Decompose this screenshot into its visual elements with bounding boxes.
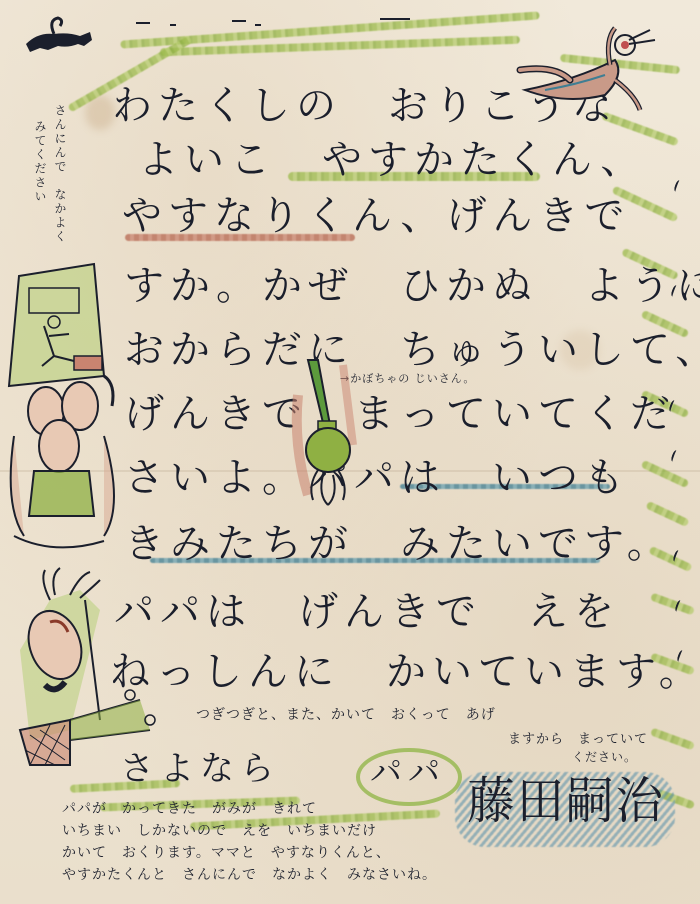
green-crayon-stroke [650,728,695,751]
letter-line: げんきで まっていてくだ [124,394,676,434]
postscript-line: パパが かってきた がみが きれて [62,798,437,820]
bird-icon [515,20,665,115]
signoff-papa: パパ [370,756,446,788]
postscript-line: かいて おくります。ママと やすなりくんと、 [62,842,437,864]
letter-line: おからだに ちゅういして、 [124,330,700,370]
pumpkin-old-man-illustration [298,355,368,515]
green-crayon-stroke [641,460,690,488]
letter-line: きみたちが みたいです。 [124,524,673,564]
note-line: ますから まっていて [508,728,648,747]
waving-man-illustration [10,570,160,770]
dog-icon [18,14,98,54]
letter-line: よいこ やすかたくん、 [138,140,646,180]
letter-line: さいよ。パパは いつも [124,458,630,498]
note-line: つぎつぎと、また、かいて おくって あげ [196,704,496,724]
letter-line: やすなりくん、げんきで [122,196,630,236]
postscript-line: やすかたくんと さんにんで なかよく みなさいね。 [62,864,437,886]
letter-page: わたくしの おりこうな よいこ やすかたくん、 やすなりくん、げんきで すか。か… [0,0,700,904]
stacked-figures-illustration [4,256,129,561]
green-crayon-stroke [650,593,695,616]
letter-line: ねっしんに かいています。 [110,652,700,692]
border-dash [380,18,410,20]
border-dash [136,22,150,24]
border-dash [255,24,261,26]
signature: 藤田嗣治 [467,776,665,826]
letter-line: すか。かぜ ひかぬ ように [124,266,700,306]
border-tick [670,450,679,463]
note-line: ください。 [572,748,637,765]
border-tick [673,180,682,193]
letter-line: パパは げんきで えを [114,592,620,632]
margin-note: みてください [32,120,49,250]
border-dash [232,20,246,22]
border-dash [170,24,176,26]
postscript-line: いちまい しかないので えを いちまいだけ [62,820,437,842]
postscript: パパが かってきた がみが きれて いちまい しかないので えを いちまいだけ … [62,798,437,886]
